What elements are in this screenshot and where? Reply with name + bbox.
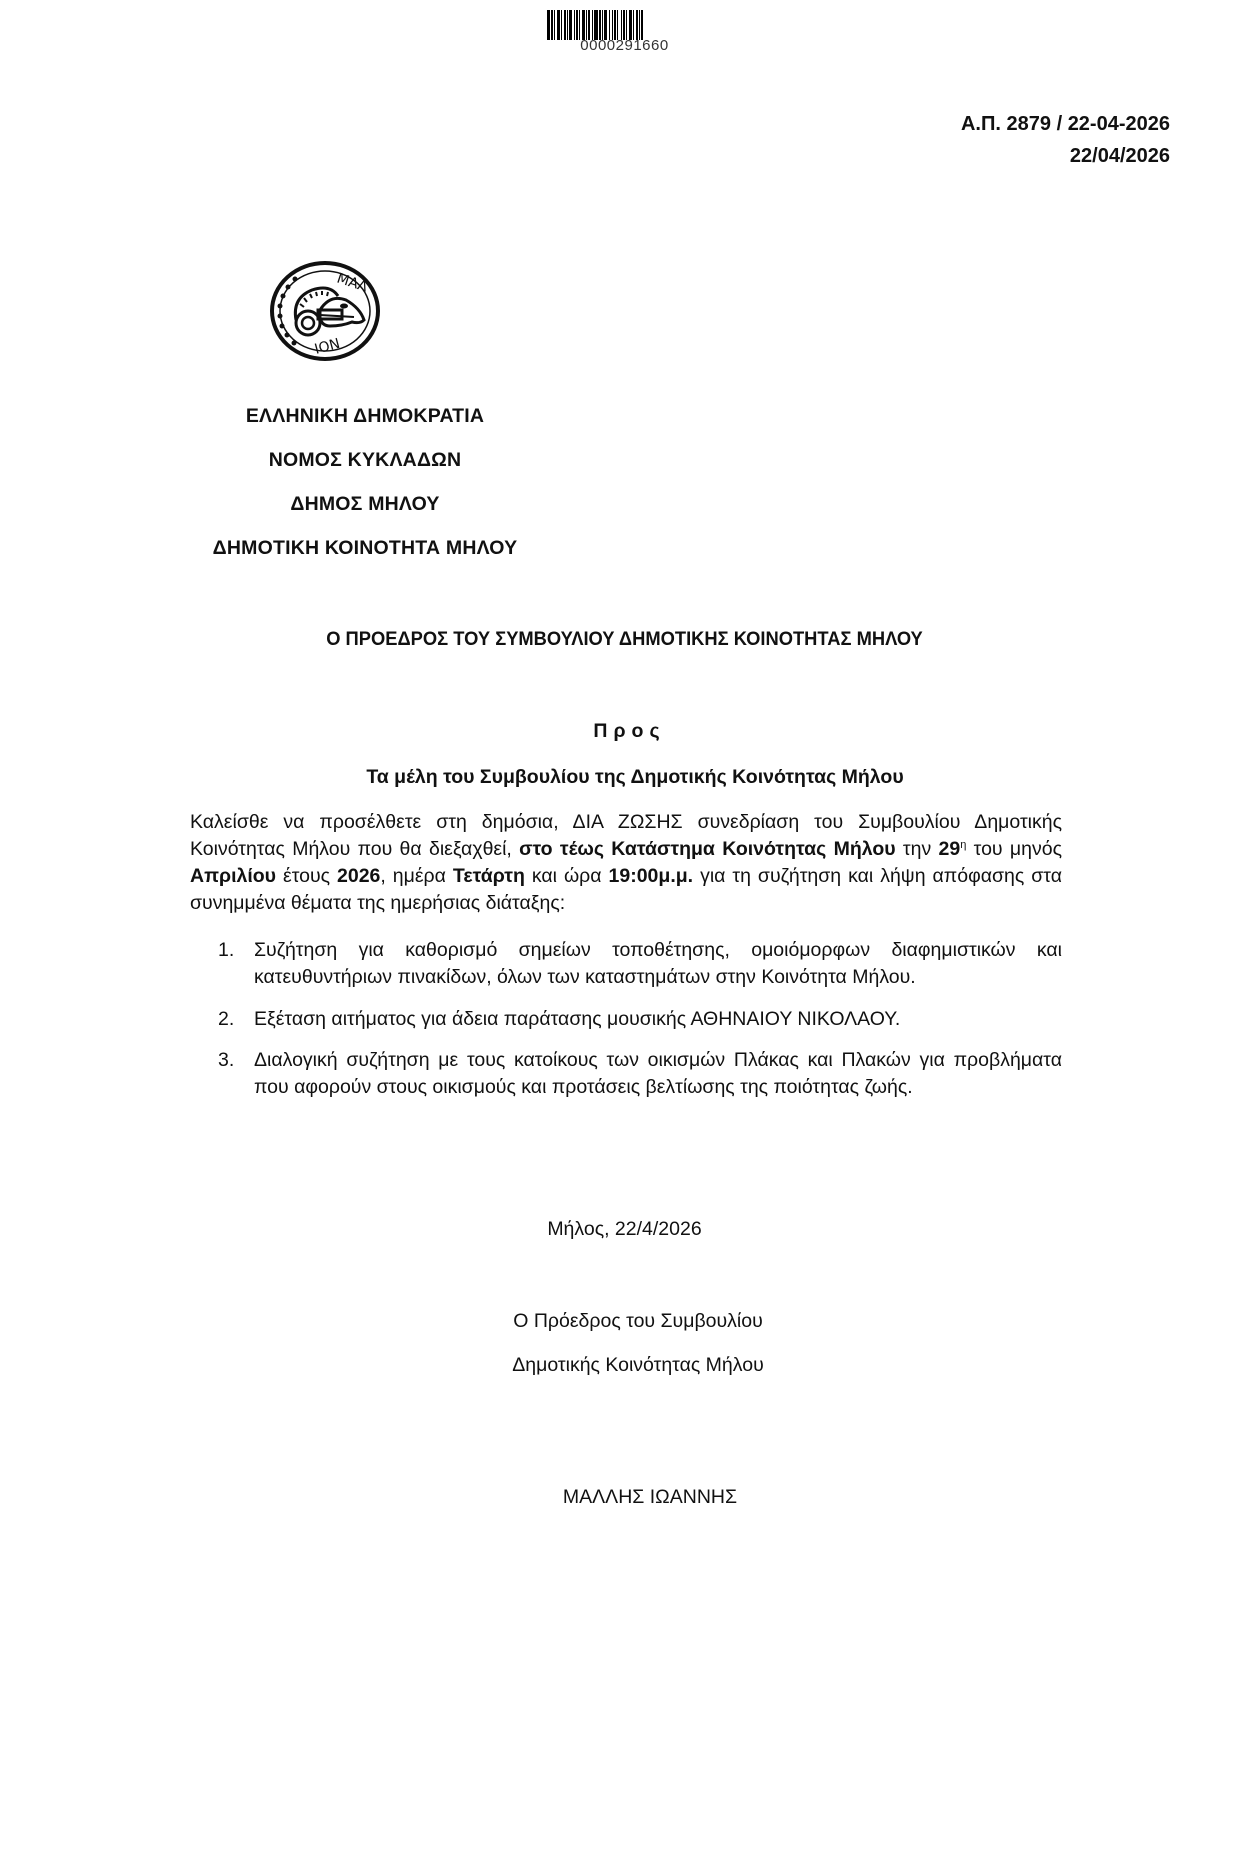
- document-title: Ο ΠΡΟΕΔΡΟΣ ΤΟΥ ΣΥΜΒΟΥΛΙΟΥ ΔΗΜΟΤΙΚΗΣ ΚΟΙΝ…: [37, 628, 1211, 651]
- ancient-coin-ram-emblem-icon: ΜΑΛ ΙΟΝ: [268, 260, 382, 362]
- place-date: Μήλος, 22/4/2026: [0, 1218, 1249, 1241]
- to-label: Προς: [0, 720, 1249, 743]
- protocol-date: 22/04/2026: [1070, 145, 1170, 168]
- agenda-item-text: Εξέταση αιτήματος για άδεια παράτασης μο…: [254, 1006, 1062, 1033]
- header-municipality: ΔΗΜΟΣ ΜΗΛΟΥ: [150, 493, 580, 516]
- protocol-reference: Α.Π. 2879 / 22-04-2026: [961, 113, 1170, 136]
- recipients: Τα μέλη του Συμβουλίου της Δημοτικής Κοι…: [0, 766, 1249, 789]
- agenda-item: 1. Συζήτηση για καθορισμό σημείων τοποθέ…: [218, 937, 1062, 991]
- header-community: ΔΗΜΟΤΙΚΗ ΚΟΙΝΟΤΗΤΑ ΜΗΛΟΥ: [150, 537, 580, 560]
- header-republic: ΕΛΛΗΝΙΚΗ ΔΗΜΟΚΡΑΤΙΑ: [150, 405, 580, 428]
- barcode-icon: [547, 10, 702, 40]
- agenda-item-number: 1.: [218, 937, 248, 964]
- agenda-item-text: Διαλογική συζήτηση με τους κατοίκους των…: [254, 1047, 1062, 1101]
- invitation-paragraph: Καλείσθε να προσέλθετε στη δημόσια, ΔΙΑ …: [190, 809, 1062, 917]
- agenda-item-number: 2.: [218, 1006, 248, 1033]
- agenda-item: 2. Εξέταση αιτήματος για άδεια παράτασης…: [218, 1006, 1062, 1033]
- agenda-item: 3. Διαλογική συζήτηση με τους κατοίκους …: [218, 1047, 1062, 1101]
- barcode-number: 0000291660: [547, 37, 702, 54]
- signature-title-line-2: Δημοτικής Κοινότητας Μήλου: [0, 1354, 1249, 1377]
- header-prefecture: ΝΟΜΟΣ ΚΥΚΛΑΔΩΝ: [150, 449, 580, 472]
- agenda-item-number: 3.: [218, 1047, 248, 1074]
- agenda-item-text: Συζήτηση για καθορισμό σημείων τοποθέτησ…: [254, 937, 1062, 991]
- signer-name: ΜΑΛΛΗΣ ΙΩΑΝΝΗΣ: [0, 1486, 1249, 1509]
- signature-title-line-1: Ο Πρόεδρος του Συμβουλίου: [0, 1310, 1249, 1333]
